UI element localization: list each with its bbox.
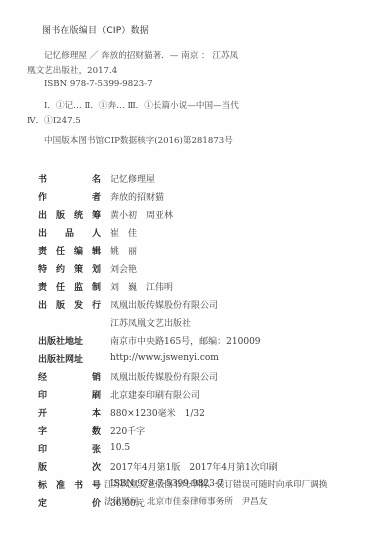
info-row-editor: 责任编辑 姚 丽 <box>38 242 368 258</box>
info-row-address: 出版社地址 南京市中央路165号，邮编：210009 <box>38 332 368 348</box>
info-label: 责任监制 <box>38 280 101 293</box>
misprint-notice: 江苏凤凰文艺版图书凡印制、装订错误可随时向承印厂调换 <box>104 478 327 490</box>
info-value: 2017年4月第1版 2017年4月第1次印刷 <box>110 460 278 473</box>
info-value: 880×1230毫米 1/32 <box>110 406 205 419</box>
info-row-edition: 版次 2017年4月第1版 2017年4月第1次印刷 <box>38 458 368 474</box>
info-row-producer: 出品人 崔 佳 <box>38 224 368 240</box>
info-label: 出版发行 <box>38 298 101 311</box>
info-value: 220千字 <box>110 424 145 437</box>
cip-subject-line: Ⅰ．①记… Ⅱ．①奔… Ⅲ．①长篇小说—中国—当代 <box>44 99 239 111</box>
info-row-author: 作者 奔放的招财猫 <box>38 188 368 204</box>
info-row-word-count: 字数 220千字 <box>38 422 368 438</box>
copyright-page: 图书在版编目（CIP）数据 记忆修理屋 ／ 奔放的招财猫著．— 南京 ： 江苏凤… <box>0 0 375 541</box>
info-value: 刘会艳 <box>110 262 137 275</box>
info-value: http://www.jswenyi.com <box>110 353 219 363</box>
info-value: 黄小初 周亚林 <box>110 208 173 221</box>
info-value: 江苏凤凰文艺出版社 <box>110 316 191 329</box>
info-row-planner: 特约策划 刘会艳 <box>38 260 368 276</box>
info-label: 特约策划 <box>38 262 101 275</box>
info-value: 奔放的招财猫 <box>110 190 164 203</box>
info-label: 版次 <box>38 460 101 473</box>
info-row-coordinator: 出版统筹 黄小初 周亚林 <box>38 206 368 222</box>
info-label: 标准书号 <box>38 478 101 491</box>
info-value: 姚 丽 <box>110 244 137 257</box>
info-label: 出品人 <box>38 226 101 239</box>
info-label: 开本 <box>38 406 101 419</box>
cip-isbn-line: ISBN 978-7-5399-9823-7 <box>44 79 153 89</box>
info-row-sheets: 印张 10.5 <box>38 440 368 456</box>
info-label: 出版社地址 <box>38 334 101 347</box>
info-value: 10.5 <box>110 443 130 453</box>
info-label: 定价 <box>38 496 101 509</box>
info-row-seller: 经销 凤凰出版传媒股份有限公司 <box>38 368 368 384</box>
info-label: 印刷 <box>38 388 101 401</box>
info-value: 北京建泰印刷有限公司 <box>110 388 200 401</box>
info-label: 字数 <box>38 424 101 437</box>
cip-title-line: 记忆修理屋 ／ 奔放的招财猫著．— 南京 ： 江苏凤 <box>44 49 238 61</box>
info-value: 凤凰出版传媒股份有限公司 <box>110 370 218 383</box>
legal-counsel: 法律顾问：北京市佳泰律师事务所 尹昌友 <box>104 495 267 507</box>
info-value: 崔 佳 <box>110 226 137 239</box>
cip-heading: 图书在版编目（CIP）数据 <box>42 23 149 36</box>
cip-classification-line: Ⅳ．①I247.5 <box>27 114 81 126</box>
info-row-supervisor: 责任监制 刘 巍 江伟明 <box>38 278 368 294</box>
info-row-distributor: 出版发行 凤凰出版传媒股份有限公司 <box>38 296 368 312</box>
info-label: 书名 <box>38 172 101 185</box>
info-label: 出版统筹 <box>38 208 101 221</box>
info-value: 南京市中央路165号，邮编：210009 <box>110 334 261 347</box>
cip-record-number: 中国版本图书馆CIP数据核字(2016)第281873号 <box>44 134 233 146</box>
info-value: 记忆修理屋 <box>110 172 155 185</box>
info-row-publisher: 江苏凤凰文艺出版社 <box>38 314 368 330</box>
info-row-format: 开本 880×1230毫米 1/32 <box>38 404 368 420</box>
cip-publisher-line: 凰文艺出版社，2017.4 <box>27 64 117 76</box>
info-value: 凤凰出版传媒股份有限公司 <box>110 298 218 311</box>
info-value: 刘 巍 江伟明 <box>110 280 173 293</box>
info-label: 责任编辑 <box>38 244 101 257</box>
info-label: 出版社网址 <box>38 352 101 365</box>
info-label: 作者 <box>38 190 101 203</box>
info-label: 印张 <box>38 442 101 455</box>
info-row-website: 出版社网址 http://www.jswenyi.com <box>38 350 368 366</box>
info-row-title: 书名 记忆修理屋 <box>38 170 368 186</box>
info-row-printer: 印刷 北京建泰印刷有限公司 <box>38 386 368 402</box>
info-label: 经销 <box>38 370 101 383</box>
